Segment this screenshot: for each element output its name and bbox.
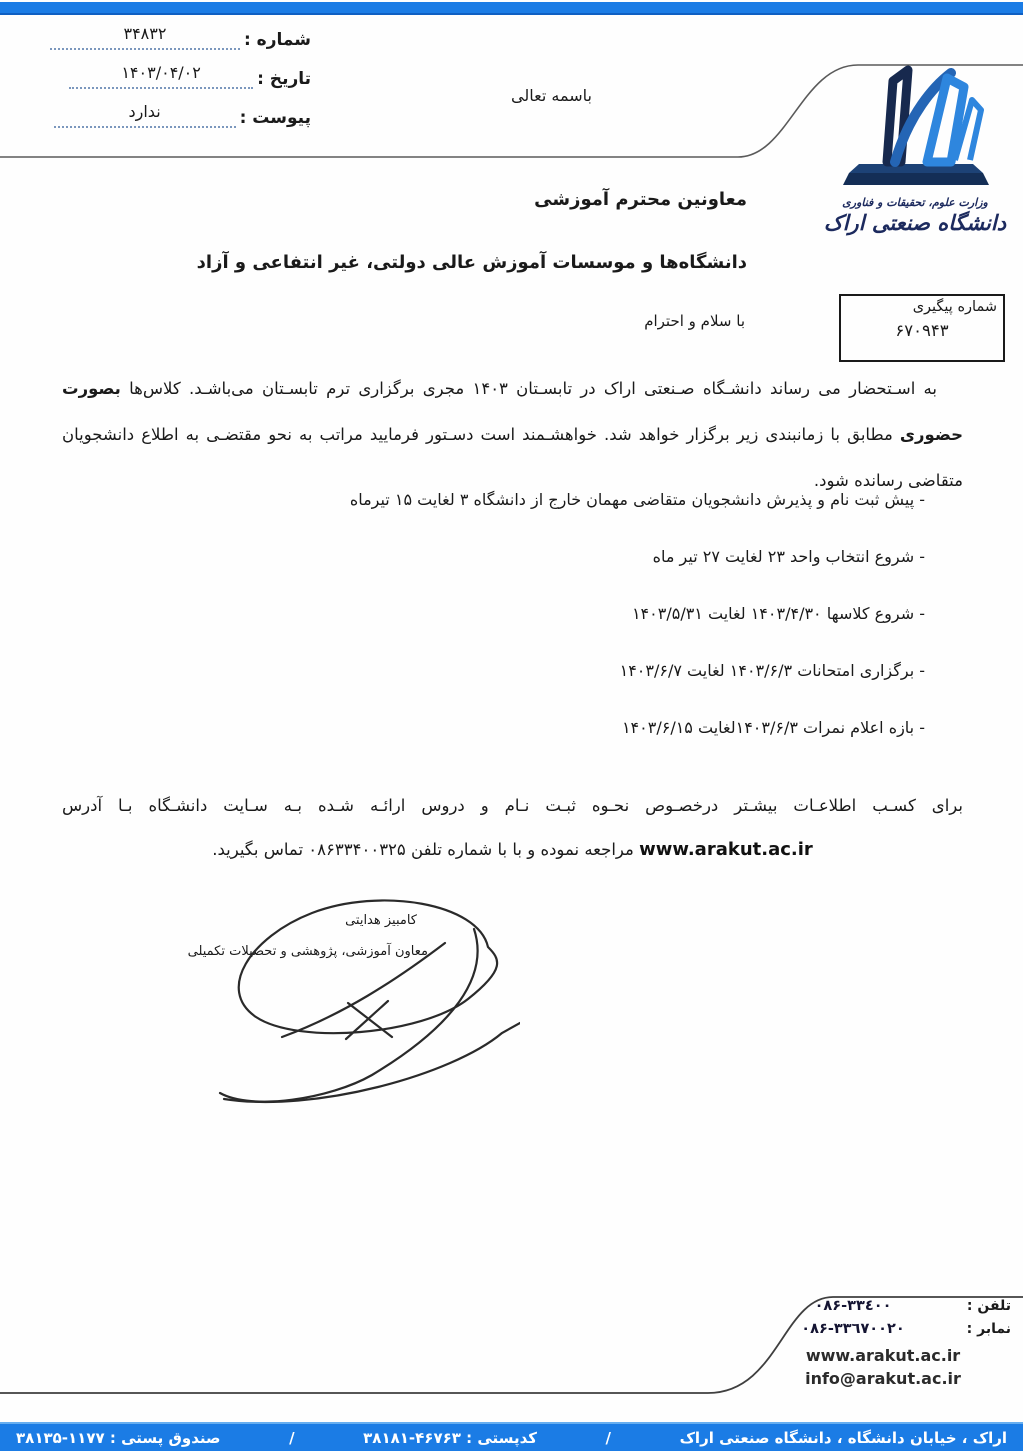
pobox-value: ۳۸۱۳۵-۱۱۷۷ xyxy=(16,1429,105,1447)
salutation-text: با سلام و احترام xyxy=(644,312,745,330)
attachment-row: پیوست : ندارد xyxy=(11,102,311,128)
schedule-item-exams: - برگزاری امتحانات ۱۴۰۳/۶/۳ لغایت ۱۴۰۳/۶… xyxy=(350,659,925,683)
postal-label: کدپستی : xyxy=(466,1429,537,1447)
para1-part1: به اسـتحضار می رساند دانشـگاه صـنعتی ارا… xyxy=(121,379,937,398)
pobox-label: صندوق پستی : xyxy=(110,1429,221,1447)
university-name: دانشگاه صنعتی اراک xyxy=(815,211,1015,235)
phone-row: تلفن : ۰۸۶-۳۳٤۰۰ xyxy=(755,1298,1011,1314)
fax-value: ۰۸۶-۳۳٦۷۰۰۲۰ xyxy=(755,1321,951,1337)
postal-code: کدپستی : ۳۸۱۸۱-۴۶۷۶۳ xyxy=(363,1429,537,1447)
university-logo-block: وزارت علوم، تحقیقات و فناوری دانشگاه صنع… xyxy=(815,58,1015,235)
header-reference-fields: شماره : ۳۴۸۳۲ تاریخ : ۱۴۰۳/۰۴/۰۲ پیوست :… xyxy=(11,24,311,141)
body-paragraph-2: برای کسـب اطلاعـات بیشـتر درخصـوص نحـوه … xyxy=(62,784,963,872)
top-blue-bar xyxy=(0,2,1023,15)
letter-page: شماره : ۳۴۸۳۲ تاریخ : ۱۴۰۳/۰۴/۰۲ پیوست :… xyxy=(0,0,1023,1451)
po-box: صندوق پستی : ۳۸۱۳۵-۱۱۷۷ xyxy=(16,1429,221,1447)
para2-part2: مراجعه نموده و با با شماره تلفن ۰۸۶۳۳۴۰۰… xyxy=(212,840,639,859)
tracking-label: شماره پیگیری xyxy=(847,299,997,315)
logo-base-front xyxy=(843,173,989,185)
phone-label: تلفن : xyxy=(951,1298,1011,1314)
para1-part2: مطابق با زمانبندی زیر برگزار خواهد شد. خ… xyxy=(62,425,963,490)
number-row: شماره : ۳۴۸۳۲ xyxy=(11,24,311,50)
separator-slash: / xyxy=(600,1429,617,1447)
recipient-line2: دانشگاه‌ها و موسسات آموزش عالی دولتی، غی… xyxy=(197,249,747,277)
recipient-line1: معاونین محترم آموزشی xyxy=(197,186,747,214)
schedule-item-classes: - شروع کلاسها ۱۴۰۳/۴/۳۰ لغایت ۱۴۰۳/۵/۳۱ xyxy=(350,602,925,626)
para2-part1: برای کسـب اطلاعـات بیشـتر درخصـوص نحـوه … xyxy=(62,796,963,815)
schedule-item-grades: - بازه اعلام نمرات ۱۴۰۳/۶/۳لغایت ۱۴۰۳/۶/… xyxy=(350,716,925,740)
university-logo-icon xyxy=(835,58,995,188)
logo-base-top xyxy=(849,164,983,173)
footer-website-link[interactable]: www.arakut.ac.ir xyxy=(755,1346,1011,1365)
bottom-address-bar: اراک ، خیابان دانشگاه ، دانشگاه صنعتی ار… xyxy=(0,1422,1023,1451)
schedule-item-course-selection: - شروع انتخاب واحد ۲۳ لغایت ۲۷ تیر ماه xyxy=(350,545,925,569)
postal-value: ۳۸۱۸۱-۴۶۷۶۳ xyxy=(363,1429,461,1447)
schedule-item-preregistration: - پیش ثبت نام و پذیرش دانشجویان متقاضی م… xyxy=(350,488,925,512)
attachment-value: ندارد xyxy=(54,102,236,128)
fax-label: نمابر : xyxy=(951,1321,1011,1337)
footer-contact-block: تلفن : ۰۸۶-۳۳٤۰۰ نمابر : ۰۸۶-۳۳٦۷۰۰۲۰ ww… xyxy=(755,1298,1011,1388)
body-paragraph-1: به اسـتحضار می رساند دانشـگاه صـنعتی ارا… xyxy=(62,366,963,504)
number-label: شماره : xyxy=(244,30,311,50)
tracking-value: ۶۷۰۹۴۳ xyxy=(847,321,997,340)
website-link-inline[interactable]: www.arakut.ac.ir xyxy=(639,839,813,860)
phone-value: ۰۸۶-۳۳٤۰۰ xyxy=(755,1298,951,1314)
ministry-name: وزارت علوم، تحقیقات و فناوری xyxy=(815,196,1015,209)
schedule-list: - پیش ثبت نام و پذیرش دانشجویان متقاضی م… xyxy=(350,488,925,773)
footer-email-link[interactable]: info@arakut.ac.ir xyxy=(755,1369,1011,1388)
separator-slash-2: / xyxy=(283,1429,300,1447)
tracking-number-box: شماره پیگیری ۶۷۰۹۴۳ xyxy=(839,294,1005,362)
address-text: اراک ، خیابان دانشگاه ، دانشگاه صنعتی ار… xyxy=(680,1429,1007,1447)
fax-row: نمابر : ۰۸۶-۳۳٦۷۰۰۲۰ xyxy=(755,1321,1011,1337)
handwritten-signature xyxy=(190,885,520,1115)
attachment-label: پیوست : xyxy=(240,108,311,128)
number-value: ۳۴۸۳۲ xyxy=(50,24,240,50)
recipient-block: معاونین محترم آموزشی دانشگاه‌ها و موسسات… xyxy=(197,186,747,277)
